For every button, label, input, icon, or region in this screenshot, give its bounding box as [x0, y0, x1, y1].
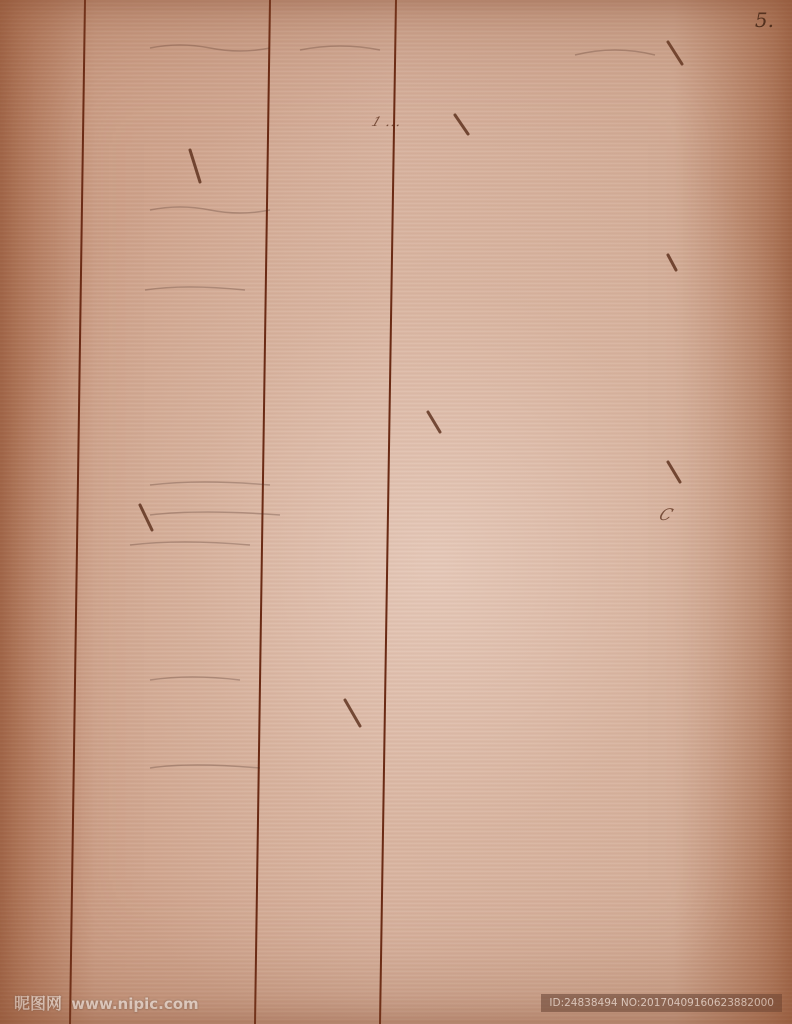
- faint-handwriting: [130, 45, 655, 768]
- watermark-site-cn: 昵图网: [14, 994, 62, 1013]
- page-number: 5.: [755, 8, 774, 32]
- ledger-page: 5. 1 ... C 昵图网 www.nipic.com ID:24838494…: [0, 0, 792, 1024]
- watermark-logo: 昵图网 www.nipic.com: [14, 991, 199, 1014]
- column-rule-3: [380, 0, 396, 1024]
- ledger-entry-middle: 1 ...: [369, 115, 404, 130]
- column-rule-2: [255, 0, 270, 1024]
- column-rule-1: [70, 0, 85, 1024]
- watermark-url: www.nipic.com: [71, 995, 198, 1013]
- watermark-id: ID:24838494 NO:20170409160623882000: [541, 994, 782, 1012]
- ink-marks: [140, 42, 682, 726]
